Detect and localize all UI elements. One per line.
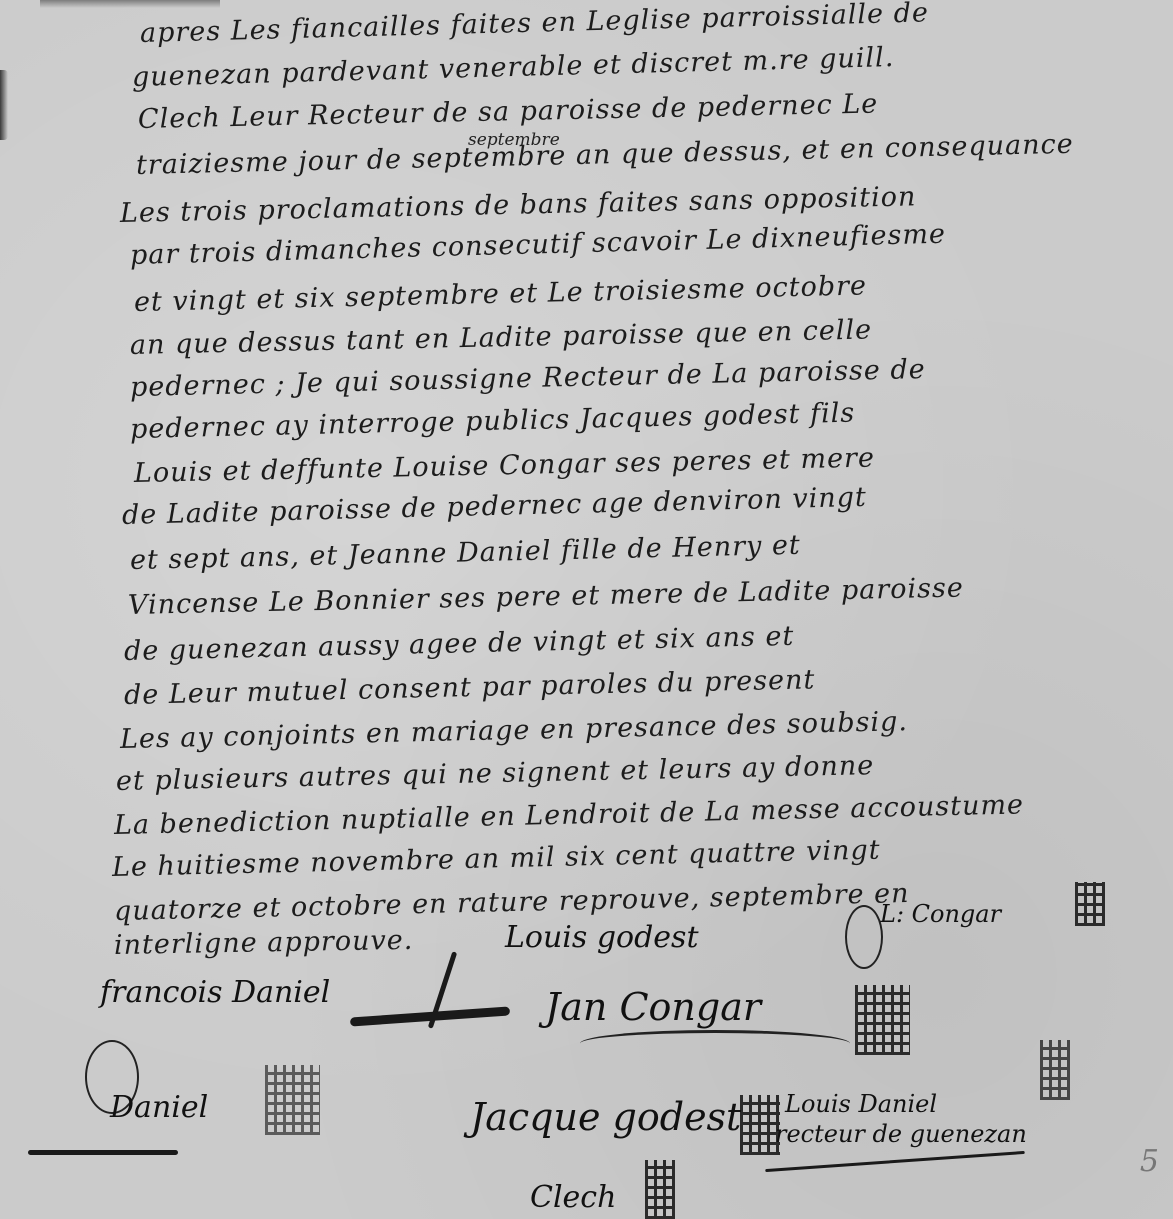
binding-mark bbox=[0, 70, 8, 140]
text-line-12: de Ladite paroisse de pedernec age denvi… bbox=[122, 482, 868, 531]
signature-louis-daniel: Louis Daniel bbox=[785, 1090, 937, 1118]
signature-recteur-guenezan: recteur de guenezan bbox=[775, 1120, 1027, 1148]
signature-mark-hatch bbox=[740, 1095, 780, 1155]
text-line-7: et vingt et six septembre et Le troisies… bbox=[134, 270, 868, 318]
text-line-9: pedernec ; Je qui soussigne Recteur de L… bbox=[130, 354, 926, 403]
text-line-19: La benediction nuptialle en Lendroit de … bbox=[114, 789, 1025, 841]
page-mark: 5 bbox=[1140, 1144, 1159, 1179]
text-line-16: de Leur mutuel consent par paroles du pr… bbox=[124, 664, 816, 711]
text-line-10: pedernec ay interroge publics Jacques go… bbox=[130, 398, 856, 445]
signature-jan-congar: Jan Congar bbox=[545, 985, 761, 1029]
signature-mark-hatch bbox=[1075, 882, 1105, 926]
signature-daniel: Daniel bbox=[110, 1090, 208, 1125]
text-line-2: guenezan pardevant venerable et discret … bbox=[132, 42, 895, 93]
signature-underline bbox=[28, 1150, 178, 1155]
signature-francois-daniel: francois Daniel bbox=[100, 975, 330, 1010]
document-page: apres Les fiancailles faites en Leglise … bbox=[0, 0, 1173, 1219]
text-line-3: Clech Leur Recteur de sa paroisse de ped… bbox=[138, 88, 879, 134]
text-line-13: et sept ans, et Jeanne Daniel fille de H… bbox=[130, 530, 801, 576]
signature-mark-hatch bbox=[1040, 1040, 1070, 1100]
signature-underline bbox=[765, 1151, 1025, 1172]
text-line-4: traiziesme jour de septembre an que dess… bbox=[136, 129, 1074, 181]
text-line-17: Les ay conjoints en mariage en presance … bbox=[120, 706, 909, 755]
signature-l-congar: L: Congar bbox=[880, 900, 1001, 928]
text-line-15: de guenezan aussy agee de vingt et six a… bbox=[124, 621, 795, 667]
text-line-22: interligne approuve. bbox=[114, 925, 414, 961]
signature-clech: Clech bbox=[530, 1180, 616, 1215]
flourish-underline bbox=[580, 1030, 850, 1057]
text-line-18: et plusieurs autres qui ne signent et le… bbox=[116, 750, 875, 797]
scan-edge-shadow bbox=[40, 0, 220, 8]
signature-mark-hatch bbox=[265, 1065, 320, 1135]
flourish-loop bbox=[845, 905, 883, 969]
text-line-8: an que dessus tant en Ladite paroisse qu… bbox=[130, 314, 873, 361]
text-line-11: Louis et deffunte Louise Congar ses pere… bbox=[134, 442, 876, 489]
text-line-1: apres Les fiancailles faites en Leglise … bbox=[140, 0, 930, 49]
text-line-14: Vincense Le Bonnier ses pere et mere de … bbox=[128, 572, 964, 621]
text-line-6: par trois dimanches consecutif scavoir L… bbox=[130, 219, 947, 271]
text-line-20: Le huitiesme novembre an mil six cent qu… bbox=[112, 835, 881, 883]
signature-mark-hatch bbox=[645, 1160, 675, 1219]
signature-mark-hatch bbox=[855, 985, 910, 1055]
signature-louis-godest: Louis godest bbox=[505, 920, 699, 955]
signature-jacques-godest: Jacque godest bbox=[470, 1095, 741, 1139]
